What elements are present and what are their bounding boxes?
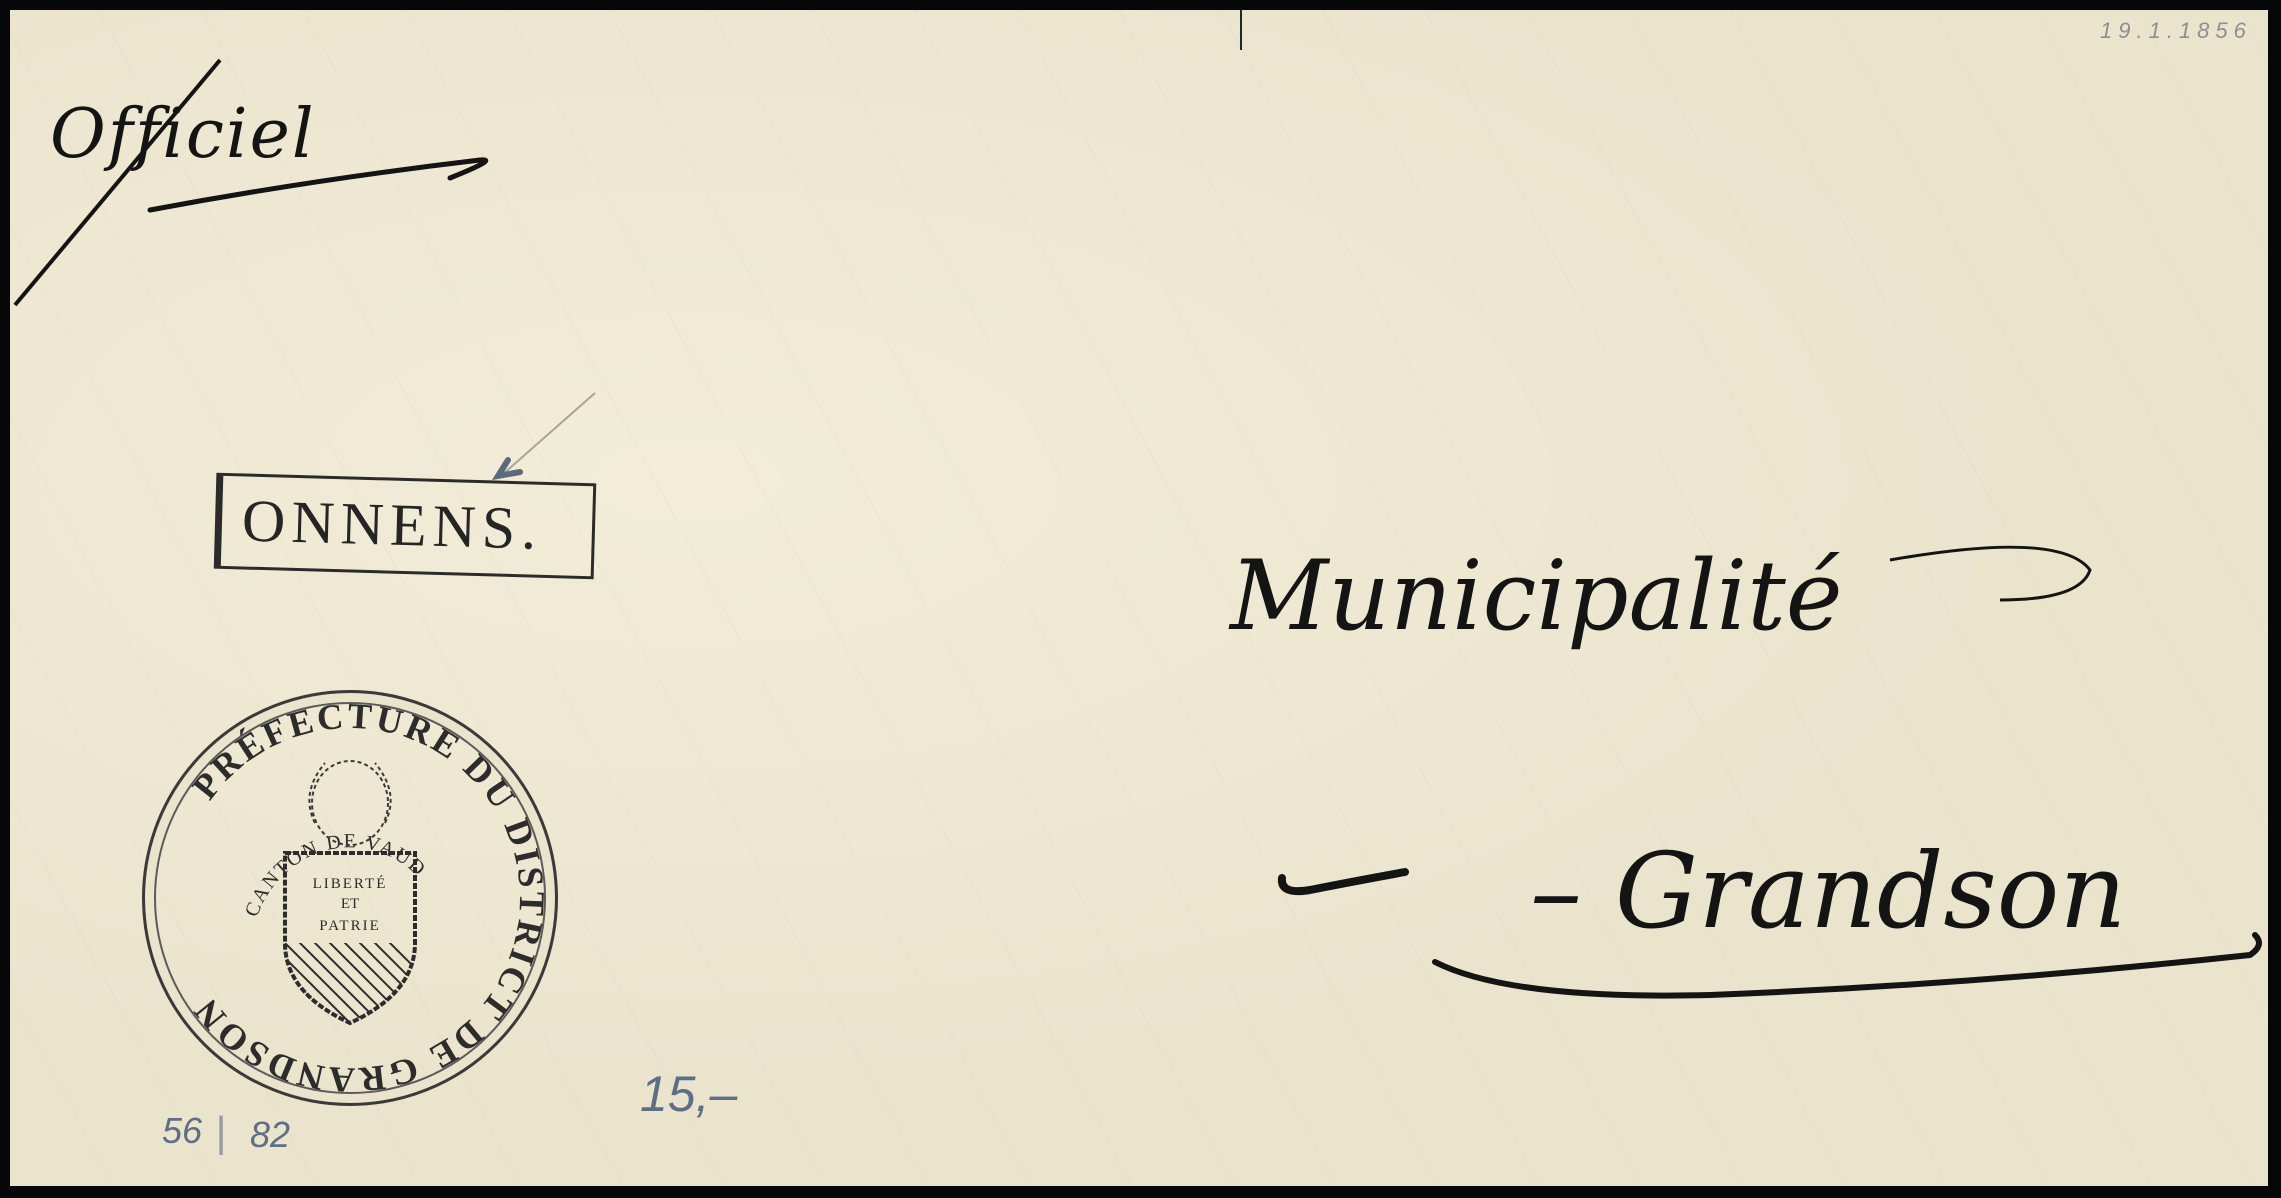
seal-graphic: PRÉFECTURE DU DISTRICT DE GRANDSON CANTO… [145, 693, 555, 1103]
shield-motto-line-2: ET [341, 896, 359, 912]
pencil-date-annotation: 19.1.1856 [2100, 18, 2252, 44]
origin-postmark-onnens: ONNENS. [214, 473, 597, 580]
official-seal-prefecture: PRÉFECTURE DU DISTRICT DE GRANDSON CANTO… [142, 690, 558, 1106]
origin-postmark-text: ONNENS. [241, 486, 543, 563]
service-marking-officiel: Officiel [50, 95, 316, 174]
destination-town: – Grandson [1530, 830, 2126, 952]
shield-motto-line-1: LIBERTÉ [313, 875, 388, 892]
svg-text:PRÉFECTURE DU DISTRICT DE GRAN: PRÉFECTURE DU DISTRICT DE GRANDSON [184, 696, 552, 1101]
addressee-municipalite: Municipalité [1230, 540, 1843, 652]
letter-sheet: 19.1.1856 Officiel Municipalité – Grands… [10, 10, 2268, 1186]
paper-tear [1240, 10, 1242, 50]
price-annotation: 15,– [640, 1065, 737, 1123]
seal-outer-text: PRÉFECTURE DU DISTRICT DE GRANDSON [184, 696, 552, 1101]
inventory-separator: | [215, 1108, 226, 1156]
destination-dash [1282, 872, 1405, 891]
inventory-number-left: 56 [162, 1110, 202, 1152]
addressee-crossbar [1890, 547, 2090, 600]
arrow-down-left-icon [498, 393, 595, 476]
shield-motto-line-3: PATRIE [319, 918, 380, 934]
inventory-number-right: 82 [250, 1114, 290, 1156]
